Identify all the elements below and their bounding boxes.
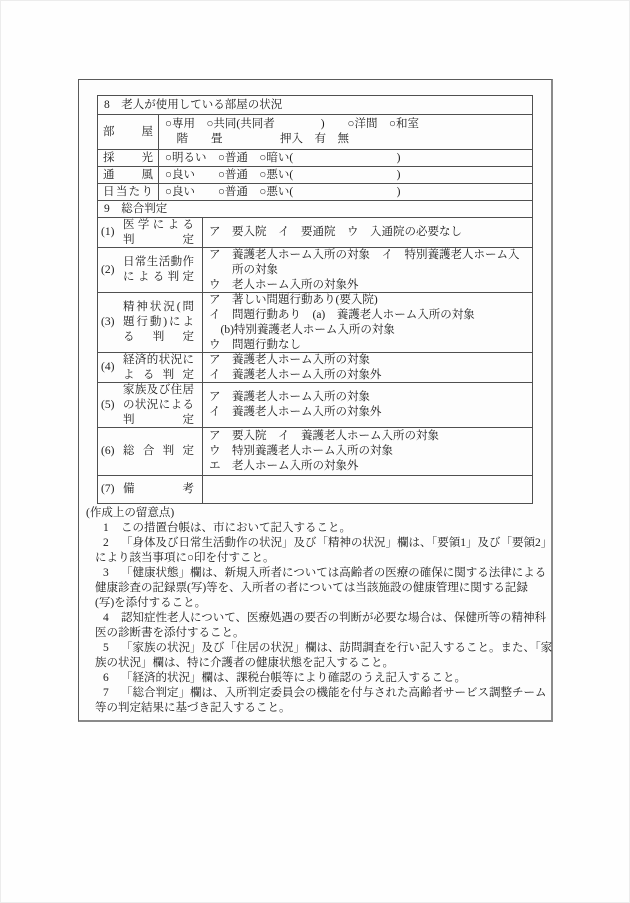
row-medical-judgment-label: 医学による xyxy=(123,218,194,233)
row-remarks-label: 備考 xyxy=(123,482,194,497)
row-sunlight-options: ○良い ○普通 ○悪い( ) xyxy=(159,184,532,200)
row-adl-judgment-label-cell: (2) 日常生活動作 による判定 xyxy=(98,248,203,292)
form-text-line: イ 養護老人ホーム入所の対象外 xyxy=(209,405,532,420)
form-text-line: (b)特別養護老人ホーム入所の対象 xyxy=(209,323,532,338)
note-item: 5「家族の状況」及び「住居の状況」欄は、訪問調査を行い記入すること。また、「家 … xyxy=(86,641,548,671)
row-mental-judgment-label: る判定 xyxy=(123,330,194,345)
form-text-line: ア 養護老人ホーム入所の対象 xyxy=(209,390,532,405)
form-text-line: ア 養護老人ホーム入所の対象 イ 特別養護老人ホーム入 xyxy=(209,248,532,263)
row-adl-judgment-label: による判定 xyxy=(123,270,194,285)
form-text-line: ウ 老人ホーム入所の対象外 xyxy=(209,278,532,293)
note-text: 族の状況」欄は、特に介護者の健康状態を記入すること。 xyxy=(95,656,548,671)
row-economic-judgment-label: よる判定 xyxy=(123,368,194,383)
form-sheet-frame: 8 老人が使用している部屋の状況 部屋 ○専用 ○共同(共同者 ) ○洋間 ○和… xyxy=(78,79,553,722)
row-economic-judgment: (4) 経済的状況に よる判定 ア 養護老人ホーム入所の対象 イ 養護老人ホーム… xyxy=(98,352,532,382)
section9-header: 9 総合判定 xyxy=(98,200,532,217)
row-mental-judgment-label-cell: (3) 精神状況(問 題行動)によ る判定 xyxy=(98,293,203,352)
row-adl-judgment-options: ア 養護老人ホーム入所の対象 イ 特別養護老人ホーム入 所の対象 ウ 老人ホーム… xyxy=(203,248,532,292)
note-number: 2 xyxy=(103,536,121,551)
note-item: 4認知症性老人について、医療処遇の要否の判断が必要な場合は、保健所等の精神科 医… xyxy=(86,611,548,641)
form-text-line: ○明るい ○普通 ○暗い( ) xyxy=(165,151,532,166)
row-ventilation-label: 通風 xyxy=(103,168,153,183)
row-family-housing-judgment-label: 家族及び住居 xyxy=(123,383,194,398)
note-text: 「身体及び日常生活動作の状況」及び「精神の状況」欄は、「要領1」及び「要領2」 xyxy=(121,537,552,549)
row-ventilation: 通風 ○良い ○普通 ○悪い( ) xyxy=(98,166,532,183)
note-text: 健康診査の記録票(写)等を、入所者の者については当該施設の健康管理に関する記録 xyxy=(95,581,548,596)
section8-title: 8 老人が使用している部屋の状況 xyxy=(104,98,282,113)
note-text: 「家族の状況」及び「住居の状況」欄は、訪問調査を行い記入すること。また、「家 xyxy=(121,642,552,654)
row-ventilation-options: ○良い ○普通 ○悪い( ) xyxy=(159,167,532,183)
form-text-line: イ 養護老人ホーム入所の対象外 xyxy=(209,368,532,383)
section8-header: 8 老人が使用している部屋の状況 xyxy=(98,96,532,114)
row-room: 部屋 ○専用 ○共同(共同者 ) ○洋間 ○和室 階 畳 押入 有 無 xyxy=(98,114,532,149)
row-medical-judgment-options: ア 要入院 イ 要通院 ウ 入通院の必要なし xyxy=(203,218,532,247)
note-text: 「健康状態」欄は、新規入所者については高齢者の医療の確保に関する法律による xyxy=(121,567,546,579)
row-remarks: (7) 備考 xyxy=(98,475,532,503)
row-economic-judgment-label-cell: (4) 経済的状況に よる判定 xyxy=(98,353,203,382)
row-number: (3) xyxy=(101,315,123,330)
note-number: 6 xyxy=(103,671,121,686)
row-sunlight: 日当たり ○良い ○普通 ○悪い( ) xyxy=(98,183,532,200)
row-medical-judgment-label-cell: (1) 医学による 判定 xyxy=(98,218,203,247)
row-overall-judgment-label: 総合判定 xyxy=(123,444,194,459)
row-ventilation-label-cell: 通風 xyxy=(98,167,159,183)
note-item: 7「総合判定」欄は、入所判定委員会の機能を付与された高齢者サービス調整チーム 等… xyxy=(86,686,548,716)
form-text-line: ○専用 ○共同(共同者 ) ○洋間 ○和室 xyxy=(165,117,532,132)
scanned-form-page: 8 老人が使用している部屋の状況 部屋 ○専用 ○共同(共同者 ) ○洋間 ○和… xyxy=(0,0,630,903)
row-medical-judgment-label: 判定 xyxy=(123,233,194,248)
row-number: (7) xyxy=(101,482,123,497)
row-family-housing-judgment-label: の状況による xyxy=(123,398,194,413)
form-text-line: ウ 問題行動なし xyxy=(209,338,532,353)
row-family-housing-judgment-label-cell: (5) 家族及び住居 の状況による 判定 xyxy=(98,383,203,427)
row-family-housing-judgment-options: ア 養護老人ホーム入所の対象 イ 養護老人ホーム入所の対象外 xyxy=(203,383,532,427)
assessment-table: 8 老人が使用している部屋の状況 部屋 ○専用 ○共同(共同者 ) ○洋間 ○和… xyxy=(97,95,533,504)
row-lighting-options: ○明るい ○普通 ○暗い( ) xyxy=(159,150,532,166)
row-room-options: ○専用 ○共同(共同者 ) ○洋間 ○和室 階 畳 押入 有 無 xyxy=(159,115,532,149)
row-economic-judgment-options: ア 養護老人ホーム入所の対象 イ 養護老人ホーム入所の対象外 xyxy=(203,353,532,382)
note-number: 3 xyxy=(103,566,121,581)
form-text-line: ウ 特別養護老人ホーム入所の対象 xyxy=(209,444,532,459)
form-text-line: 所の対象 xyxy=(209,263,532,278)
row-economic-judgment-label: 経済的状況に xyxy=(123,353,194,368)
row-mental-judgment-label: 精神状況(問 xyxy=(123,300,194,315)
note-item: 6「経済的状況」欄は、課税台帳等により確認のうえ記入すること。 xyxy=(86,671,548,686)
row-mental-judgment-options: ア 著しい問題行動あり(要入院) イ 問題行動あり (a) 養護老人ホーム入所の… xyxy=(203,293,532,352)
form-text-line: ア 要入院 イ 養護老人ホーム入所の対象 xyxy=(209,429,532,444)
note-text: (写)を添付すること。 xyxy=(95,596,548,611)
row-family-housing-judgment: (5) 家族及び住居 の状況による 判定 ア 養護老人ホーム入所の対象 イ 養護… xyxy=(98,382,532,427)
row-adl-judgment-label: 日常生活動作 xyxy=(123,255,194,270)
section9-title: 9 総合判定 xyxy=(104,202,167,217)
form-text-line: ア 要入院 イ 要通院 ウ 入通院の必要なし xyxy=(209,225,532,240)
row-number: (2) xyxy=(101,263,123,278)
row-lighting-label-cell: 採光 xyxy=(98,150,159,166)
note-text: 「経済的状況」欄は、課税台帳等により確認のうえ記入すること。 xyxy=(121,672,466,684)
form-text-line: ○良い ○普通 ○悪い( ) xyxy=(165,185,532,200)
row-overall-judgment-label-cell: (6) 総合判定 xyxy=(98,428,203,475)
row-remarks-empty-field xyxy=(203,476,532,503)
row-number: (6) xyxy=(101,444,123,459)
note-item: 2「身体及び日常生活動作の状況」及び「精神の状況」欄は、「要領1」及び「要領2」… xyxy=(86,536,548,566)
row-number: (1) xyxy=(101,225,123,240)
note-text: により該当事項に○印を付すこと。 xyxy=(95,551,548,566)
form-text-line: ア 養護老人ホーム入所の対象 xyxy=(209,353,532,368)
notes-heading: (作成上の留意点) xyxy=(86,506,548,521)
note-text: 等の判定結果に基づき記入すること。 xyxy=(95,701,548,716)
form-text-line: ア 著しい問題行動あり(要入院) xyxy=(209,293,532,308)
note-number: 1 xyxy=(103,521,121,536)
row-number: (5) xyxy=(101,398,123,413)
row-number: (4) xyxy=(101,360,123,375)
note-number: 4 xyxy=(103,611,121,626)
note-text: 医の診断書を添付すること。 xyxy=(95,626,548,641)
row-lighting-label: 採光 xyxy=(103,151,153,166)
row-family-housing-judgment-label: 判定 xyxy=(123,413,194,428)
note-number: 7 xyxy=(103,686,121,701)
row-sunlight-label: 日当たり xyxy=(103,185,153,200)
row-mental-judgment: (3) 精神状況(問 題行動)によ る判定 ア 著しい問題行動あり(要入院) イ… xyxy=(98,292,532,352)
note-text: この措置台帳は、市において記入すること。 xyxy=(121,522,351,534)
note-text: 認知症性老人について、医療処遇の要否の判断が必要な場合は、保健所等の精神科 xyxy=(121,612,546,624)
note-text: 「総合判定」欄は、入所判定委員会の機能を付与された高齢者サービス調整チーム xyxy=(121,687,547,699)
row-medical-judgment: (1) 医学による 判定 ア 要入院 イ 要通院 ウ 入通院の必要なし xyxy=(98,217,532,247)
form-text-line: イ 問題行動あり (a) 養護老人ホーム入所の対象 xyxy=(209,308,532,323)
row-overall-judgment-options: ア 要入院 イ 養護老人ホーム入所の対象 ウ 特別養護老人ホーム入所の対象 エ … xyxy=(203,428,532,475)
row-remarks-label-cell: (7) 備考 xyxy=(98,476,203,503)
form-text-line: 階 畳 押入 有 無 xyxy=(165,132,532,147)
row-lighting: 採光 ○明るい ○普通 ○暗い( ) xyxy=(98,149,532,166)
row-adl-judgment: (2) 日常生活動作 による判定 ア 養護老人ホーム入所の対象 イ 特別養護老人… xyxy=(98,247,532,292)
row-room-label: 部屋 xyxy=(103,125,153,140)
row-room-label-cell: 部屋 xyxy=(98,115,159,149)
row-sunlight-label-cell: 日当たり xyxy=(98,184,159,200)
note-number: 5 xyxy=(103,641,121,656)
notes-section: (作成上の留意点) 1この措置台帳は、市において記入すること。 2「身体及び日常… xyxy=(86,506,548,716)
note-item: 3「健康状態」欄は、新規入所者については高齢者の医療の確保に関する法律による 健… xyxy=(86,566,548,611)
row-mental-judgment-label: 題行動)によ xyxy=(123,315,194,330)
note-item: 1この措置台帳は、市において記入すること。 xyxy=(86,521,548,536)
row-overall-judgment: (6) 総合判定 ア 要入院 イ 養護老人ホーム入所の対象 ウ 特別養護老人ホー… xyxy=(98,427,532,475)
form-text-line: ○良い ○普通 ○悪い( ) xyxy=(165,168,532,183)
form-text-line: エ 老人ホーム入所の対象外 xyxy=(209,459,532,474)
